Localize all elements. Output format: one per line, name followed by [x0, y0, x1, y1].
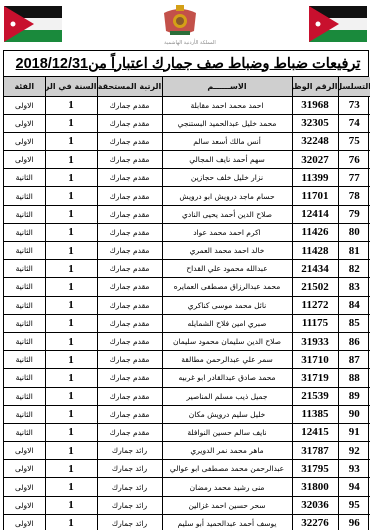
serial-cell: 89	[338, 387, 370, 405]
serial-cell: 87	[338, 351, 370, 369]
employee-id-cell: 11175	[292, 314, 338, 332]
rank-cell: رائد جمارك	[97, 478, 162, 496]
employee-id-cell: 31968	[292, 96, 338, 114]
employee-id-cell: 32027	[292, 151, 338, 169]
name-cell: سمر علي عبدالرحمن مطالقة	[162, 351, 292, 369]
table-row: 7711399نزار خليل خلف حجازينمقدم جمارك1ال…	[4, 169, 370, 187]
years-in-rank-cell: 1	[45, 351, 97, 369]
serial-cell: 90	[338, 405, 370, 423]
name-cell: سحر حسين احمد غزالين	[162, 496, 292, 514]
promotions-table: التسلسل الرقم الوظيفي الاســــــم الرتبة…	[4, 77, 370, 530]
employee-id-cell: 11701	[292, 187, 338, 205]
title-date: 2018/12/31	[16, 56, 89, 72]
employee-id-cell: 31933	[292, 332, 338, 350]
serial-cell: 91	[338, 423, 370, 441]
table-header-row: التسلسل الرقم الوظيفي الاســــــم الرتبة…	[4, 77, 370, 96]
employee-id-cell: 32248	[292, 132, 338, 150]
rank-cell: رائد جمارك	[97, 442, 162, 460]
category-cell: الاولى	[4, 151, 45, 169]
table-row: 9231787ماهر محمد نمر الدويريرائد جمارك1ا…	[4, 442, 370, 460]
table-row: 8411272نائل محمد موسى كناكريمقدم جمارك1ا…	[4, 296, 370, 314]
serial-cell: 79	[338, 205, 370, 223]
rank-cell: مقدم جمارك	[97, 387, 162, 405]
years-in-rank-cell: 1	[45, 260, 97, 278]
rank-cell: مقدم جمارك	[97, 223, 162, 241]
jordan-flag-icon	[309, 6, 367, 42]
name-cell: محمد عبدالرزاق مصطفى العمايره	[162, 278, 292, 296]
category-cell: الثانية	[4, 169, 45, 187]
table-row: 8921539جميل ذيب مسلم المناصيرمقدم جمارك1…	[4, 387, 370, 405]
category-cell: الثانية	[4, 314, 45, 332]
table-row: 9011385خليل سليم درويش مكانمقدم جمارك1ال…	[4, 405, 370, 423]
rank-cell: مقدم جمارك	[97, 332, 162, 350]
table-row: 9632276يوسف أحمد عبدالحميد أبو سليمرائد …	[4, 514, 370, 530]
serial-cell: 81	[338, 242, 370, 260]
years-in-rank-cell: 1	[45, 278, 97, 296]
rank-cell: رائد جمارك	[97, 460, 162, 478]
table-row: 7912414صلاح الدين أحمد يحيى الناديمقدم ج…	[4, 205, 370, 223]
employee-id-cell: 11272	[292, 296, 338, 314]
years-in-rank-cell: 1	[45, 114, 97, 132]
name-cell: حسام ماجد درويش ابو درويش	[162, 187, 292, 205]
name-cell: صبري امين فلاح الشمايله	[162, 314, 292, 332]
rank-cell: مقدم جمارك	[97, 205, 162, 223]
rank-cell: مقدم جمارك	[97, 369, 162, 387]
title-text: ترفيعات ضباط وضباط صف جمارك اعتباراً من	[88, 56, 360, 72]
serial-cell: 95	[338, 496, 370, 514]
years-in-rank-cell: 1	[45, 496, 97, 514]
category-cell: الاولى	[4, 478, 45, 496]
category-cell: الثانية	[4, 242, 45, 260]
employee-id-cell: 21502	[292, 278, 338, 296]
rank-cell: مقدم جمارك	[97, 423, 162, 441]
col-header-serial: التسلسل	[338, 77, 370, 96]
years-in-rank-cell: 1	[45, 514, 97, 530]
name-cell: نايف سالم حسين النوافلة	[162, 423, 292, 441]
category-cell: الثانية	[4, 332, 45, 350]
table-row: 7532248أنس مالك أسعد سالممقدم جمارك1الاو…	[4, 132, 370, 150]
employee-id-cell: 32305	[292, 114, 338, 132]
employee-id-cell: 11399	[292, 169, 338, 187]
category-cell: الاولى	[4, 460, 45, 478]
table-row: 8321502محمد عبدالرزاق مصطفى العمايرهمقدم…	[4, 278, 370, 296]
years-in-rank-cell: 1	[45, 478, 97, 496]
years-in-rank-cell: 1	[45, 242, 97, 260]
col-header-name: الاســــــم	[162, 77, 292, 96]
years-in-rank-cell: 1	[45, 387, 97, 405]
name-cell: خليل سليم درويش مكان	[162, 405, 292, 423]
name-cell: أنس مالك أسعد سالم	[162, 132, 292, 150]
rank-cell: مقدم جمارك	[97, 314, 162, 332]
table-row: 8731710سمر علي عبدالرحمن مطالقةمقدم جمار…	[4, 351, 370, 369]
rank-cell: مقدم جمارك	[97, 132, 162, 150]
serial-cell: 83	[338, 278, 370, 296]
years-in-rank-cell: 1	[45, 223, 97, 241]
employee-id-cell: 31719	[292, 369, 338, 387]
category-cell: الثانية	[4, 187, 45, 205]
years-in-rank-cell: 1	[45, 296, 97, 314]
table-row: 8831719محمد صادق عبدالقادر ابو غربيهمقدم…	[4, 369, 370, 387]
serial-cell: 82	[338, 260, 370, 278]
category-cell: الاولى	[4, 114, 45, 132]
serial-cell: 84	[338, 296, 370, 314]
col-header-rank: الرتبة المستحقة	[97, 77, 162, 96]
employee-id-cell: 32276	[292, 514, 338, 530]
table-row: 9331795عبدالرحمن محمد مصطفى ابو عواليرائ…	[4, 460, 370, 478]
category-cell: الثانية	[4, 351, 45, 369]
years-in-rank-cell: 1	[45, 442, 97, 460]
letterhead: المملكة الأردنية الهاشمية	[0, 0, 371, 50]
serial-cell: 93	[338, 460, 370, 478]
years-in-rank-cell: 1	[45, 405, 97, 423]
rank-cell: مقدم جمارك	[97, 278, 162, 296]
rank-cell: مقدم جمارك	[97, 405, 162, 423]
name-cell: صلاح الدين سليمان محمود سليمان	[162, 332, 292, 350]
name-cell: نزار خليل خلف حجازين	[162, 169, 292, 187]
category-cell: الثانية	[4, 260, 45, 278]
table-row: 8111428خالد احمد محمد العمريمقدم جمارك1ا…	[4, 242, 370, 260]
serial-cell: 75	[338, 132, 370, 150]
name-cell: محمد صادق عبدالقادر ابو غربيه	[162, 369, 292, 387]
name-cell: يوسف أحمد عبدالحميد أبو سليم	[162, 514, 292, 530]
name-cell: جميل ذيب مسلم المناصير	[162, 387, 292, 405]
table-row: 8631933صلاح الدين سليمان محمود سليمانمقد…	[4, 332, 370, 350]
rank-cell: مقدم جمارك	[97, 151, 162, 169]
years-in-rank-cell: 1	[45, 205, 97, 223]
rank-cell: رائد جمارك	[97, 514, 162, 530]
employee-id-cell: 31787	[292, 442, 338, 460]
serial-cell: 73	[338, 96, 370, 114]
years-in-rank-cell: 1	[45, 132, 97, 150]
employee-id-cell: 32036	[292, 496, 338, 514]
category-cell: الثانية	[4, 223, 45, 241]
serial-cell: 94	[338, 478, 370, 496]
years-in-rank-cell: 1	[45, 187, 97, 205]
category-cell: الثانية	[4, 369, 45, 387]
rank-cell: مقدم جمارك	[97, 351, 162, 369]
serial-cell: 77	[338, 169, 370, 187]
emblem-caption: المملكة الأردنية الهاشمية	[150, 40, 230, 46]
table-row: 9532036سحر حسين احمد غزالينرائد جمارك1ال…	[4, 496, 370, 514]
name-cell: احمد محمد احمد مقابلة	[162, 96, 292, 114]
rank-cell: مقدم جمارك	[97, 260, 162, 278]
table-row: 7331968احمد محمد احمد مقابلةمقدم جمارك1ا…	[4, 96, 370, 114]
employee-id-cell: 11385	[292, 405, 338, 423]
employee-id-cell: 31795	[292, 460, 338, 478]
employee-id-cell: 12414	[292, 205, 338, 223]
years-in-rank-cell: 1	[45, 96, 97, 114]
name-cell: منى رشيد محمد رمضان	[162, 478, 292, 496]
serial-cell: 74	[338, 114, 370, 132]
serial-cell: 86	[338, 332, 370, 350]
name-cell: اكرم احمد محمد عواد	[162, 223, 292, 241]
employee-id-cell: 11426	[292, 223, 338, 241]
employee-id-cell: 31800	[292, 478, 338, 496]
name-cell: نائل محمد موسى كناكري	[162, 296, 292, 314]
years-in-rank-cell: 1	[45, 423, 97, 441]
category-cell: الاولى	[4, 96, 45, 114]
years-in-rank-cell: 1	[45, 332, 97, 350]
promotions-document: ترفيعات ضباط وضباط صف جمارك اعتباراً من …	[3, 50, 369, 530]
table-row: 9431800منى رشيد محمد رمضانرائد جمارك1الا…	[4, 478, 370, 496]
serial-cell: 78	[338, 187, 370, 205]
rank-cell: مقدم جمارك	[97, 242, 162, 260]
category-cell: الثانية	[4, 405, 45, 423]
col-header-category: الفئة	[4, 77, 45, 96]
name-cell: محمد خليل عبدالحميد البستنجي	[162, 114, 292, 132]
employee-id-cell: 12415	[292, 423, 338, 441]
years-in-rank-cell: 1	[45, 460, 97, 478]
employee-id-cell: 21539	[292, 387, 338, 405]
category-cell: الثانية	[4, 387, 45, 405]
years-in-rank-cell: 1	[45, 369, 97, 387]
col-header-id: الرقم الوظيفي	[292, 77, 338, 96]
name-cell: سهم أحمد نايف المجالي	[162, 151, 292, 169]
name-cell: خالد احمد محمد العمري	[162, 242, 292, 260]
serial-cell: 85	[338, 314, 370, 332]
rank-cell: رائد جمارك	[97, 496, 162, 514]
category-cell: الثانية	[4, 278, 45, 296]
years-in-rank-cell: 1	[45, 314, 97, 332]
table-row: 8511175صبري امين فلاح الشمايلهمقدم جمارك…	[4, 314, 370, 332]
category-cell: الاولى	[4, 442, 45, 460]
name-cell: صلاح الدين أحمد يحيى النادي	[162, 205, 292, 223]
category-cell: الثانية	[4, 205, 45, 223]
employee-id-cell: 11428	[292, 242, 338, 260]
serial-cell: 96	[338, 514, 370, 530]
document-title: ترفيعات ضباط وضباط صف جمارك اعتباراً من …	[4, 51, 368, 77]
name-cell: عبدالله محمود علي القداح	[162, 260, 292, 278]
rank-cell: مقدم جمارك	[97, 114, 162, 132]
serial-cell: 80	[338, 223, 370, 241]
category-cell: الاولى	[4, 514, 45, 530]
years-in-rank-cell: 1	[45, 151, 97, 169]
employee-id-cell: 31710	[292, 351, 338, 369]
rank-cell: مقدم جمارك	[97, 296, 162, 314]
employee-id-cell: 21434	[292, 260, 338, 278]
table-row: 8011426اكرم احمد محمد عوادمقدم جمارك1الث…	[4, 223, 370, 241]
table-row: 7432305محمد خليل عبدالحميد البستنجيمقدم …	[4, 114, 370, 132]
category-cell: الثانية	[4, 423, 45, 441]
serial-cell: 76	[338, 151, 370, 169]
table-row: 9112415نايف سالم حسين النوافلةمقدم جمارك…	[4, 423, 370, 441]
rank-cell: مقدم جمارك	[97, 96, 162, 114]
jordan-flag-icon	[4, 6, 62, 42]
name-cell: عبدالرحمن محمد مصطفى ابو عوالي	[162, 460, 292, 478]
years-in-rank-cell: 1	[45, 169, 97, 187]
table-row: 7811701حسام ماجد درويش ابو درويشمقدم جما…	[4, 187, 370, 205]
table-body: 7331968احمد محمد احمد مقابلةمقدم جمارك1ا…	[4, 96, 370, 530]
col-header-years: السنة في الرتبة	[45, 77, 97, 96]
rank-cell: مقدم جمارك	[97, 169, 162, 187]
rank-cell: مقدم جمارك	[97, 187, 162, 205]
serial-cell: 88	[338, 369, 370, 387]
coat-of-arms-icon	[160, 3, 200, 39]
category-cell: الاولى	[4, 132, 45, 150]
table-row: 8221434عبدالله محمود علي القداحمقدم جمار…	[4, 260, 370, 278]
table-row: 7632027سهم أحمد نايف المجاليمقدم جمارك1ا…	[4, 151, 370, 169]
category-cell: الثانية	[4, 296, 45, 314]
category-cell: الاولى	[4, 496, 45, 514]
serial-cell: 92	[338, 442, 370, 460]
name-cell: ماهر محمد نمر الدويري	[162, 442, 292, 460]
